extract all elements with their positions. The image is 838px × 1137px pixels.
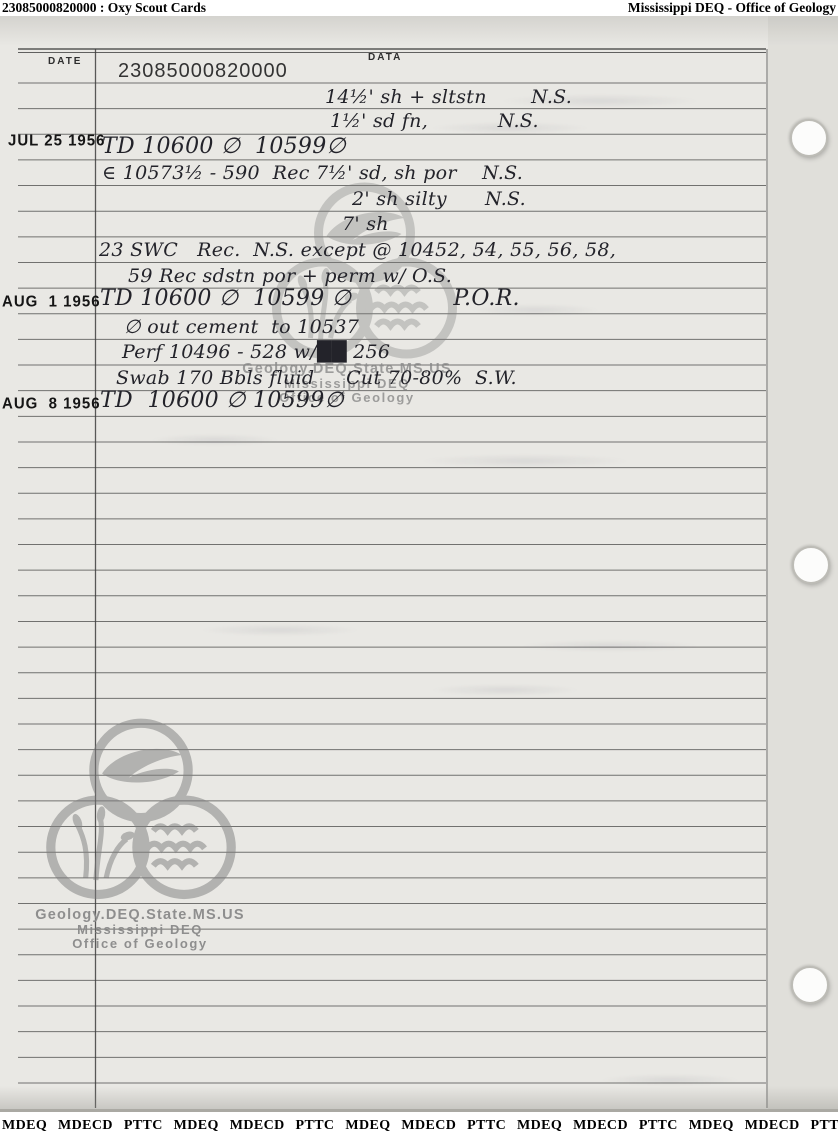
paper-bottom-edge — [0, 1086, 838, 1112]
bleed-through-smudge — [430, 122, 590, 134]
handwriting-line: 23 SWC Rec. N.S. except @ 10452, 54, 55,… — [99, 241, 616, 260]
handwriting-line: 2' sh silty N.S. — [352, 190, 526, 209]
handwriting-line: Perf 10496 - 528 w/██ 256 — [122, 343, 390, 362]
api-number: 23085000820000 — [118, 60, 288, 83]
data-column-header: DATA — [368, 52, 402, 63]
handwriting-line: ∅ out cement to 10537 — [124, 318, 359, 337]
bleed-through-smudge — [200, 624, 360, 636]
watermark-org: Mississippi DEQ — [20, 923, 260, 938]
print-header-bar: 23085000820000 : Oxy Scout Cards Mississ… — [0, 0, 838, 16]
date-stamp: AUG 1 1956 — [2, 292, 101, 310]
handwriting-line: TD 10600 ∅ 10599∅ — [100, 390, 344, 412]
bleed-through-smudge — [150, 434, 280, 446]
bleed-through-smudge — [600, 1074, 740, 1086]
handwriting-line: TD 10600 ∅ 10599∅ — [102, 136, 346, 158]
date-stamp: AUG 8 1956 — [2, 394, 101, 412]
scanned-scout-card-page: 23085000820000 : Oxy Scout Cards Mississ… — [0, 0, 838, 1137]
scanned-paper: DATE DATA 23085000820000 Geology.DEQ.Sta… — [0, 16, 838, 1112]
handwriting-line: 7' sh — [342, 215, 389, 234]
org-title: Mississippi DEQ - Office of Geology — [628, 0, 838, 15]
bleed-through-smudge — [420, 454, 630, 468]
handwriting-line: TD 10600 ∅ 10599 ∅ P.O.R. — [100, 288, 520, 310]
punch-hole — [791, 966, 829, 1004]
watermark-url: Geology.DEQ.State.MS.US — [20, 908, 260, 923]
handwriting-line: ∈ 10573½ - 590 Rec 7½' sd, sh por N.S. — [102, 164, 523, 183]
handwriting-line: Swab 170 Bbls fluid Cut 70-80% S.W. — [116, 369, 517, 388]
date-stamp: JUL 25 1956 — [8, 131, 105, 149]
handwriting-line: 59 Rec sdstn por + perm w/ O.S. — [128, 267, 452, 286]
bleed-through-smudge — [520, 640, 700, 652]
mdeq-logo-icon — [36, 712, 246, 917]
watermark-office: Office of Geology — [20, 937, 260, 952]
bleed-through-smudge — [500, 94, 700, 108]
footer-bar: MDEQ MDECD PTTC MDEQ MDECD PTTC MDEQ MDE… — [0, 1112, 838, 1137]
footer-text: MDEQ MDECD PTTC MDEQ MDECD PTTC MDEQ MDE… — [0, 1112, 838, 1134]
watermark-text: Geology.DEQ.State.MS.US Mississippi DEQ … — [20, 908, 260, 952]
page-title: 23085000820000 : Oxy Scout Cards — [0, 0, 206, 15]
punch-hole — [792, 546, 830, 584]
punch-hole — [790, 119, 828, 157]
date-column-header: DATE — [48, 56, 82, 67]
bleed-through-smudge — [430, 684, 580, 696]
bleed-through-smudge — [470, 304, 600, 316]
